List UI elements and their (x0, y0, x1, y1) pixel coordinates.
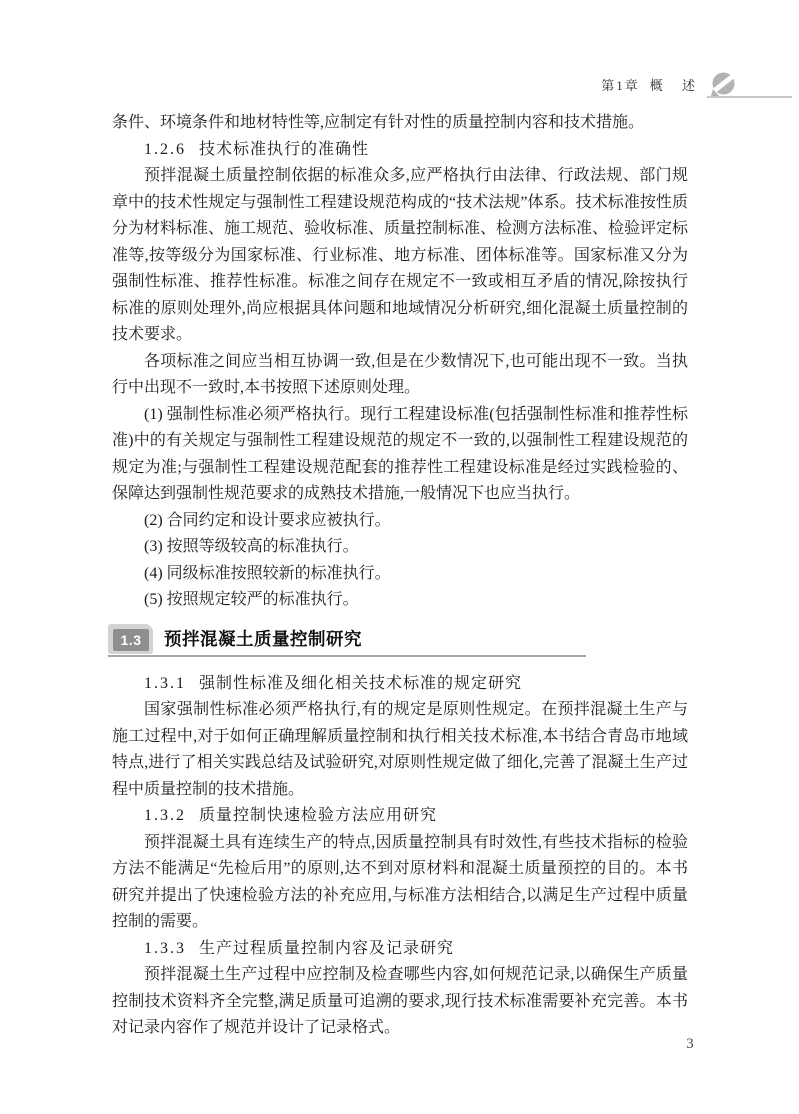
list-item-5: (5) 按照规定较严的标准执行。 (112, 587, 688, 614)
section-title: 预拌混凝土质量控制研究 (164, 626, 362, 651)
subsection-title: 技术标准执行的准确性 (199, 141, 369, 158)
list-item-4: (4) 同级标准按照较新的标准执行。 (112, 561, 688, 588)
chapter-title: 概 述 (650, 78, 703, 93)
pen-ball-icon (709, 71, 736, 98)
list-item-3: (3) 按照等级较高的标准执行。 (112, 534, 688, 561)
subsection-title: 质量控制快速检验方法应用研究 (199, 807, 437, 824)
section-header-1-3: 1.3 预拌混凝土质量控制研究 (108, 624, 688, 654)
chapter-label: 第1章 (601, 78, 640, 93)
running-header: 第1章概 述 (0, 0, 799, 100)
subsection-heading-1-3-1: 1.3.1强制性标准及细化相关技术标准的规定研究 (112, 671, 688, 698)
subsection-heading-1-2-6: 1.2.6技术标准执行的准确性 (112, 137, 688, 164)
body-paragraph: 预拌混凝土具有连续生产的特点,因质量控制具有时效性,有些技术指标的检验方法不能满… (112, 830, 688, 936)
section-number-badge: 1.3 (108, 624, 153, 654)
section-number: 1.3 (113, 629, 149, 651)
body-paragraph: 预拌混凝土生产过程中应控制及检查哪些内容,如何规范记录,以确保生产质量控制技术资… (112, 962, 688, 1042)
body-paragraph: 各项标准之间应当相互协调一致,但是在少数情况下,也可能出现不一致。当执行中出现不… (112, 349, 688, 402)
body-paragraph: 预拌混凝土质量控制依据的标准众多,应严格执行由法律、行政法规、部门规章中的技术性… (112, 163, 688, 349)
subsection-heading-1-3-2: 1.3.2质量控制快速检验方法应用研究 (112, 803, 688, 830)
running-header-text: 第1章概 述 (601, 75, 703, 94)
body-paragraph: 国家强制性标准必须严格执行,有的规定是原则性规定。在预拌混凝土生产与施工过程中,… (112, 697, 688, 803)
page-body: 条件、环境条件和地材特性等,应制定有针对性的质量控制内容和技术措施。 1.2.6… (112, 110, 688, 1042)
subsection-heading-1-3-3: 1.3.3生产过程质量控制内容及记录研究 (112, 936, 688, 963)
list-item-1: (1) 强制性标准必须严格执行。现行工程建设标准(包括强制性标准和推荐性标准)中… (112, 402, 688, 508)
subsection-number: 1.3.1 (144, 675, 186, 692)
body-paragraph: 条件、环境条件和地材特性等,应制定有针对性的质量控制内容和技术措施。 (112, 110, 688, 137)
subsection-title: 强制性标准及细化相关技术标准的规定研究 (199, 675, 522, 692)
list-item-2: (2) 合同约定和设计要求应被执行。 (112, 508, 688, 535)
subsection-number: 1.3.2 (144, 807, 186, 824)
header-rule (707, 96, 792, 98)
subsection-number: 1.2.6 (144, 141, 186, 158)
subsection-number: 1.3.3 (144, 940, 186, 957)
page-number: 3 (680, 1036, 700, 1053)
subsection-title: 生产过程质量控制内容及记录研究 (199, 940, 454, 957)
